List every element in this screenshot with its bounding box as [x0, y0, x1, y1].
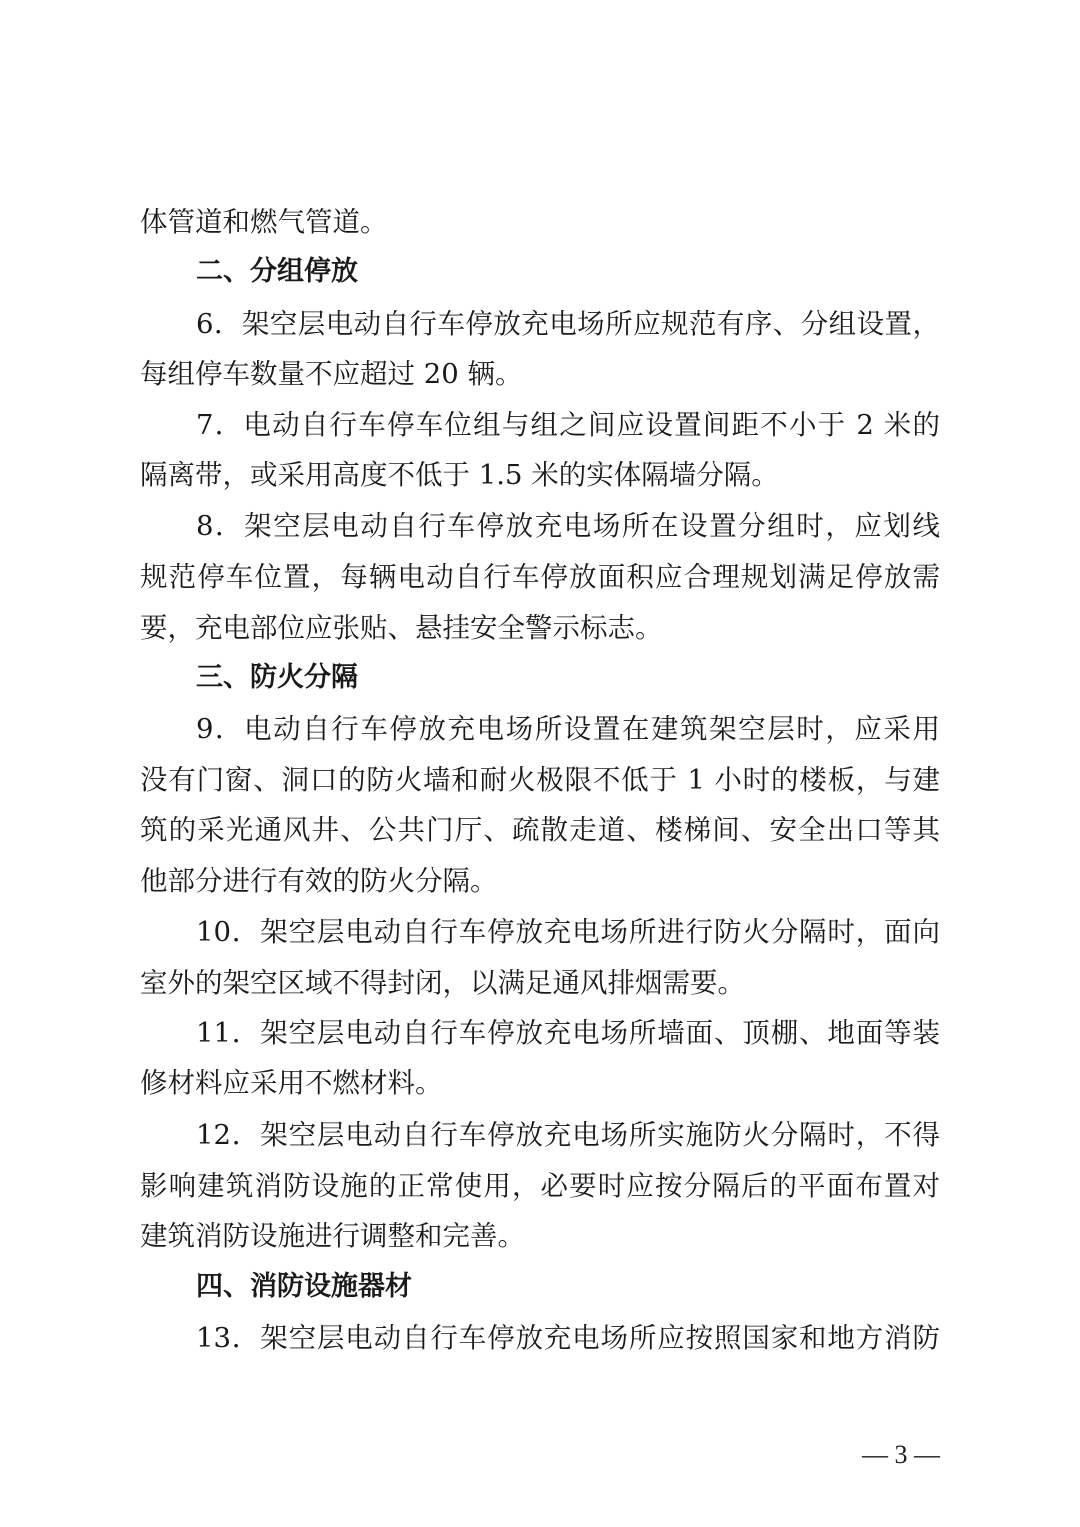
- item-8-line-3: 要，充电部位应张贴、悬挂安全警示标志。: [140, 602, 663, 654]
- item-9-line-1: 9．电动自行车停放充电场所设置在建筑架空层时，应采用: [140, 703, 940, 755]
- item-13-line-1: 13．架空层电动自行车停放充电场所应按照国家和地方消防: [140, 1312, 940, 1364]
- item-9-line-2: 没有门窗、洞口的防火墙和耐火极限不低于 1 小时的楼板，与建: [140, 754, 940, 806]
- paragraph-line: 体管道和燃气管道。: [140, 196, 388, 248]
- item-6-line-2: 每组停车数量不应超过 20 辆。: [140, 348, 522, 400]
- item-9-line-4: 他部分进行有效的防火分隔。: [140, 855, 498, 907]
- item-12-line-1: 12．架空层电动自行车停放充电场所实施防火分隔时，不得: [140, 1109, 940, 1161]
- item-12-line-2: 影响建筑消防设施的正常使用，必要时应按分隔后的平面布置对: [140, 1160, 940, 1212]
- item-11-line-2: 修材料应采用不燃材料。: [140, 1057, 443, 1109]
- item-11-line-1: 11．架空层电动自行车停放充电场所墙面、顶棚、地面等装: [140, 1007, 940, 1059]
- item-12-line-3: 建筑消防设施进行调整和完善。: [140, 1210, 525, 1262]
- item-10-line-2: 室外的架空区域不得封闭，以满足通风排烟需要。: [140, 957, 745, 1009]
- item-6-line-1: 6．架空层电动自行车停放充电场所应规范有序、分组设置，: [140, 298, 940, 350]
- item-8-line-2: 规范停车位置，每辆电动自行车停放面积应合理规划满足停放需: [140, 551, 940, 603]
- item-7-line-2: 隔离带，或采用高度不低于 1.5 米的实体隔墙分隔。: [140, 449, 779, 501]
- item-8-line-1: 8．架空层电动自行车停放充电场所在设置分组时，应划线: [140, 500, 940, 552]
- item-10-line-1: 10．架空层电动自行车停放充电场所进行防火分隔时，面向: [140, 906, 940, 958]
- section-heading-fire-separation: 三、防火分隔: [140, 652, 358, 704]
- section-heading-grouped-parking: 二、分组停放: [140, 246, 358, 298]
- item-9-line-3: 筑的采光通风井、公共门厅、疏散走道、楼梯间、安全出口等其: [140, 804, 940, 856]
- section-heading-fire-equipment: 四、消防设施器材: [140, 1261, 412, 1313]
- page-number: — 3 —: [862, 1437, 940, 1473]
- item-7-line-1: 7．电动自行车停车位组与组之间应设置间距不小于 2 米的: [140, 399, 940, 451]
